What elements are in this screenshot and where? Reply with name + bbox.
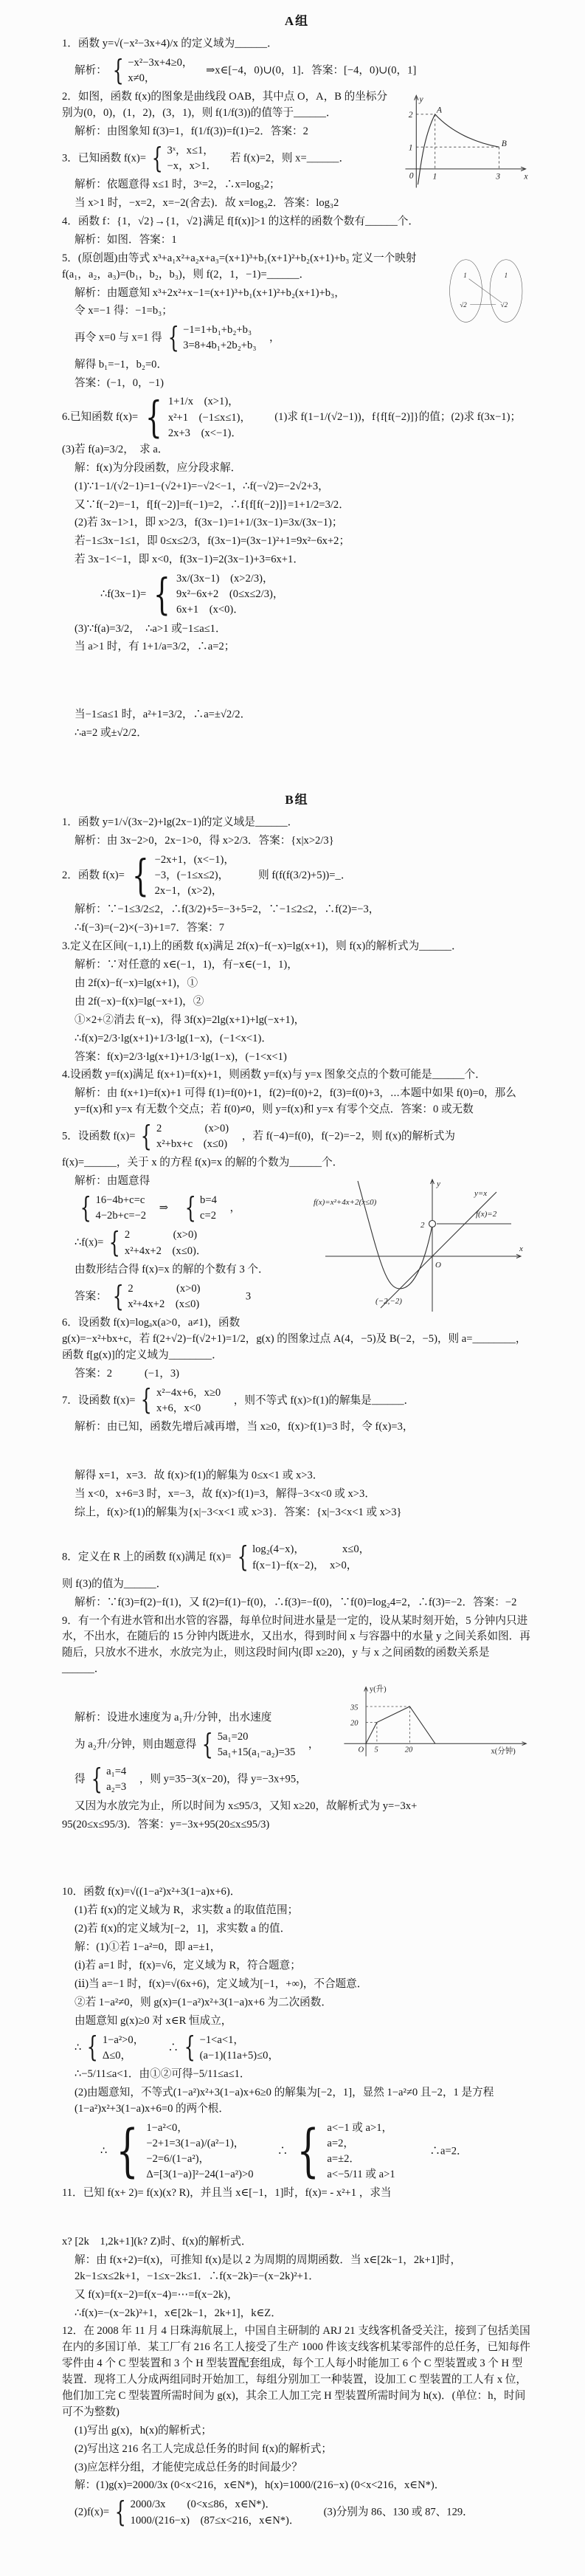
text-line: 解析：∵对任意的 x∈(−1，1)，有−x∈(−1，1)， bbox=[75, 957, 532, 974]
text-segment: ∴f(−3)=(−2)×(−3)+1=7．答案：7 bbox=[75, 922, 224, 934]
tick-x20: 20 bbox=[405, 1746, 413, 1754]
text-segment: 4．函数 f：{1，√2}→{1，√2}满足 f[f(x)]>1 的这样的函数个… bbox=[62, 216, 419, 227]
case-item: 5a₁+15(a₁−a₂)=35 bbox=[218, 1745, 296, 1760]
line-yx-label: y=x bbox=[474, 1189, 487, 1198]
text-line: 解：f(x)为分段函数，应分段求解． bbox=[75, 461, 532, 477]
text-line: 10．函数 f(x)=√((1−a²)x²+3(1−a)x+6)． bbox=[62, 1884, 532, 1901]
text-segment: ∴ bbox=[75, 2042, 81, 2053]
text-segment: ∴ bbox=[146, 2042, 179, 2053]
text-line: 6.已知函数 f(x)={1+1/x (x>1)，x²+1 (−1≤x≤1)，2… bbox=[62, 393, 532, 458]
case-item: 1−a²<0， bbox=[146, 2121, 253, 2136]
case-item: −1<a<1， bbox=[200, 2033, 279, 2048]
text-line: ∴f(3x−1)={3x/(3x−1) (x>2/3)，9x²−6x+2 (0≤… bbox=[100, 571, 532, 619]
piecewise-cases: {−2x+1，(x<−1)，−3，(−1≤x≤2)，2x−1，(x>2)， bbox=[127, 853, 235, 899]
text-segment: 解：f(x)为分段函数，应分段求解． bbox=[75, 462, 241, 474]
text-line: 解：由 f(x+2)=f(x)，可推知 f(x)是以 2 为周期的周期函数．当 … bbox=[75, 2253, 532, 2285]
text-line: 得{a₁=4a₂=3 ，则 y=35−3(x−20)，得 y=−3x+95， bbox=[75, 1763, 532, 1796]
cases-brace-icon: { bbox=[87, 2033, 98, 2062]
text-line: (3)∵f(a)=3/2， ∴a>1 或−1≤a≤1． bbox=[75, 621, 532, 638]
piecewise-cases: {−x²−3x+4≥0，x≠0， bbox=[109, 55, 193, 86]
case-item: −x，x>1． bbox=[167, 159, 218, 174]
figure-mapping-diagram: 1 √2 1 √2 bbox=[442, 252, 532, 331]
text-segment: (1)∵1−1/(√2−1)=1−(√2+1)=−√2<−1，∴f(−√2)=−… bbox=[75, 481, 329, 492]
text-segment: 1．函数 y=1/√(3x−2)+lg(2x−1)的定义域是______． bbox=[62, 816, 298, 828]
mapping-diagram: 1 √2 1 √2 bbox=[442, 252, 532, 331]
text-segment: 由 2f(x)−f(−x)=lg(x+1)，① bbox=[75, 977, 198, 989]
text-segment: f(x)=______，关于 x 的方程 f(x)=x 的解的个数为______… bbox=[62, 1157, 343, 1168]
text-segment: 6.已知函数 f(x)= bbox=[62, 411, 138, 423]
piecewise-cases: {2 (x>0)x²+4x+2 (x≤0) bbox=[109, 1281, 201, 1312]
case-item: 1−a²>0， bbox=[103, 2033, 145, 2048]
text-segment: 解析：依题意得 x≤1 时，3ˣ=2，∴x=log₃2； bbox=[75, 179, 280, 190]
text-segment: 又因为水放完为止，所以时间为 x≤95/3，又知 x≥20，故解析式为 y=−3… bbox=[75, 1800, 417, 1812]
text-segment: 令 x=−1 得：−1=b₃； bbox=[75, 305, 173, 317]
text-line: 又因为水放完为止，所以时间为 x≤95/3，又知 x≥20，故解析式为 y=−3… bbox=[75, 1799, 532, 1815]
piecewise-cases: {a₁=4a₂=3 bbox=[88, 1764, 127, 1795]
text-line: ∴{1−a²>0，Δ≤0， ∴{−1<a<1，(a−1)(11a+5)≤0， bbox=[75, 2032, 532, 2064]
figure-water-volume-graph: y(升) 35 20 O 5 20 x(分钟) bbox=[334, 1681, 532, 1760]
case-item: 1000/(216−x) (87≤x<216，x∈N*)． bbox=[131, 2513, 300, 2529]
cases-items: 1−a²>0，Δ≤0， bbox=[103, 2033, 145, 2064]
text-segment: ∴f(x)= bbox=[75, 1237, 103, 1249]
text-segment: 综上，f(x)>f(1)的解集为{x|−3<x<1 或 x>3}．答案：{x|−… bbox=[75, 1506, 402, 1518]
text-line: 4.设函数 y=f(x)满足 f(x+1)=f(x)+1，则函数 y=f(x)与… bbox=[62, 1067, 532, 1084]
text-segment: 3．已知函数 f(x)= bbox=[62, 152, 146, 164]
tick-35: 35 bbox=[350, 1704, 359, 1712]
text-line: 解析：由已知，函数先增后减再增，当 x≥0，f(x)>f(1)=3 时，令 f(… bbox=[75, 1419, 532, 1436]
text-segment: 解析：∵f(3)=f(2)−f(1)，又 f(2)=f(1)−f(0)，∴f(3… bbox=[75, 1597, 516, 1608]
text-line: 7．设函数 f(x)={x²−4x+6，x≥0x+6，x<0 ，则不等式 f(x… bbox=[62, 1385, 532, 1417]
text-segment: 11．已知 f(x+ 2)= f(x)(x? R)，并且当 x∈[−1，1]时，… bbox=[62, 2187, 392, 2199]
text-line: 若−1≤3x−1≤1，即 0≤x≤2/3，f(3x−1)=(3x−1)²+1=9… bbox=[75, 534, 532, 550]
text-segment: 则 f(3)的值为______． bbox=[62, 1578, 167, 1590]
section-title: A组 bbox=[62, 10, 532, 29]
text-segment: 95(20≤x≤95/3)．答案：y=−3x+95(20≤x≤95/3) bbox=[62, 1819, 269, 1831]
text-line: 当 a>1 时，有 1+1/a=3/2，∴a=2； bbox=[75, 639, 532, 655]
text-line: ∴a=2 或±√2/2． bbox=[75, 726, 532, 742]
text-line: 又 f(x)=f(x−2)=f(x−4)=⋯=f(x−2k)， bbox=[75, 2287, 532, 2304]
piecewise-cases: {x²−4x+6，x≥0x+6，x<0 bbox=[137, 1385, 221, 1416]
cases-items: 3ˣ，x≤1，−x，x>1． bbox=[167, 143, 218, 174]
text-segment: (2)由题意知，不等式(1−a²)x²+3(1−a)x+6≥0 的解集为[−2，… bbox=[75, 2087, 494, 2115]
text-segment: 6．设函数 f(x)=logₐx(a>0，a≠1)，函数 g(x)=−x²+bx… bbox=[62, 1317, 526, 1361]
text-segment: ∴f(x)=2/3·lg(x+1)+1/3·lg(1−x)，(−1<x<1)． bbox=[75, 1033, 272, 1044]
text-segment: 若−1≤3x−1≤1，即 0≤x≤2/3，f(3x−1)=(3x−1)²+1=9… bbox=[75, 535, 350, 547]
text-line: ①×2+②消去 f(−x)，得 3f(x)=2lg(x+1)+lg(−x+1)， bbox=[75, 1013, 532, 1029]
x-axis-label: x(分钟) bbox=[491, 1746, 516, 1756]
tick-2: 2 bbox=[420, 1221, 425, 1230]
text-line: 由题意知 g(x)≥0 对 x∈R 恒成立， bbox=[75, 2014, 532, 2030]
text-line: 当 x>1 时，−x=2，x=−2(舍去)．故 x=log₃2．答案：log₃2 bbox=[75, 196, 532, 212]
text-segment: 解析：由题意知 x³+2x²+x−1=(x+1)³+b₁(x+1)²+b₂(x+… bbox=[75, 287, 345, 299]
case-item: (a−1)(11a+5)≤0， bbox=[200, 2048, 279, 2064]
piecewise-cases: {16−4b+c=c4−2b+c=−2 bbox=[77, 1193, 146, 1224]
text-segment: 答案：(−1，0，−1) bbox=[75, 377, 164, 389]
text-line: 1．函数 y=1/√(3x−2)+lg(2x−1)的定义域是______． bbox=[62, 815, 532, 831]
text-line: 若 3x−1<−1，即 x<0，f(3x−1)=2(3x−1)+3=6x+1． bbox=[75, 552, 532, 568]
point-a-label: A bbox=[436, 106, 443, 115]
text-segment: ②若 1−a²≠0，则 g(x)=(1−a²)x²+3(1−a)x+6 为二次函… bbox=[75, 1997, 332, 2008]
cases-brace-icon: { bbox=[184, 1194, 195, 1223]
piecewise-cases: {1−a²>0，Δ≤0， bbox=[83, 2033, 144, 2064]
tick-x3: 3 bbox=[495, 172, 500, 182]
text-segment: ， bbox=[219, 1202, 240, 1214]
case-item: 2000/3x (0<x≤86，x∈N*)． bbox=[131, 2497, 300, 2513]
case-item: 2 (x>0) bbox=[125, 1227, 207, 1243]
parabola-eq-label: f(x)=x²+4x+2(x≤0) bbox=[314, 1198, 377, 1207]
text-segment: ∴f(x)=−(x−2k)²+1，x∈[2k−1，2k+1]，k∈Z． bbox=[75, 2307, 282, 2319]
text-segment: ∴ bbox=[256, 2145, 288, 2157]
text-segment: 解析：由图象知 f(3)=1，f(1/f(3))=f(1)=2．答案：2 bbox=[75, 125, 308, 137]
text-segment: 又∵f(−2)=−1，f[f(−2)]=f(−1)=2，∴f{f[f(−2)]}… bbox=[75, 499, 350, 511]
piecewise-cases: {3x/(3x−1) (x>2/3)，9x²−6x+2 (0≤x≤2/3)，6x… bbox=[148, 571, 283, 618]
text-line: ∴f(−3)=(−2)×(−3)+1=7．答案：7 bbox=[75, 920, 532, 937]
cases-items: −1=1+b₁+b₂+b₃3=8+4b₁+2b₂+b₃ bbox=[183, 323, 256, 354]
text-segment: ∴f(3x−1)= bbox=[100, 588, 146, 600]
text-line: 当−1≤a≤1 时，a²+1=3/2，∴a=±√2/2． bbox=[75, 707, 532, 723]
text-segment: 解得 b₁=−1，b₂=0． bbox=[75, 359, 167, 371]
cases-brace-icon: { bbox=[80, 1194, 91, 1223]
case-item: b=4 bbox=[200, 1193, 217, 1208]
text-segment: 解析：∵−1≤3/2≤2，∴f(3/2)+5=−3+5=2，∵−1≤2≤2，∴f… bbox=[75, 903, 379, 915]
text-segment: 1．函数 y=√(−x²−3x+4)/x 的定义域为______． bbox=[62, 38, 278, 49]
case-item: 2 (x>0) bbox=[128, 1281, 200, 1297]
cases-brace-icon: { bbox=[145, 396, 162, 439]
cases-brace-icon: { bbox=[112, 1283, 123, 1312]
text-line: (2)若 f(x)的定义域为[−2，1]，求实数 a 的值． bbox=[75, 1921, 532, 1938]
case-item: 3ˣ，x≤1， bbox=[167, 143, 218, 159]
document-body: A组1．函数 y=√(−x²−3x+4)/x 的定义域为______．解析：{−… bbox=[62, 10, 532, 2529]
text-line: 解析：∵−1≤3/2≤2，∴f(3/2)+5=−3+5=2，∵−1≤2≤2，∴f… bbox=[75, 902, 532, 918]
cases-items: 3x/(3x−1) (x>2/3)，9x²−6x+2 (0≤x≤2/3)，6x+… bbox=[176, 571, 284, 618]
cases-items: 2 (x>0)x²+4x+2 (x≤0) bbox=[128, 1281, 200, 1312]
text-segment: ∴−5/11≤a<1．由①②可得−5/11≤a≤1． bbox=[75, 2068, 251, 2080]
text-line: 9．有一个有进水管和出水管的容器，每单位时间进水量是一定的，设从某时刻开始，5 … bbox=[62, 1614, 532, 1678]
text-segment: 由 2f(−x)−f(x)=lg(−x+1)，② bbox=[75, 996, 204, 1008]
case-item: 16−4b+c=c bbox=[96, 1193, 147, 1208]
text-segment: 又 f(x)=f(x−2)=f(x−4)=⋯=f(x−2k)， bbox=[75, 2289, 238, 2301]
text-line: 答案：f(x)=2/3·lg(x+1)+1/3·lg(1−x)，(−1<x<1) bbox=[75, 1050, 532, 1066]
text-line: ∴f(x)=2/3·lg(x+1)+1/3·lg(1−x)，(−1<x<1)． bbox=[75, 1031, 532, 1047]
text-segment: 为 a₂升/分钟，则由题意得 bbox=[75, 1738, 196, 1750]
case-item: a=±2． bbox=[327, 2152, 395, 2167]
text-segment: 2．函数 f(x)= bbox=[62, 869, 125, 881]
case-item: a<−1 或 a>1， bbox=[327, 2121, 395, 2136]
figure-curve-oab: y 2 1 A B 0 1 3 x bbox=[399, 91, 532, 193]
text-segment: 当 x>1 时，−x=2，x=−2(舍去)．故 x=log₃2．答案：log₃2 bbox=[75, 197, 339, 209]
text-segment: 解析：∵对任意的 x∈(−1，1)，有−x∈(−1，1)， bbox=[75, 959, 298, 971]
tick-2: 2 bbox=[409, 110, 413, 120]
cases-brace-icon: { bbox=[115, 2498, 126, 2527]
case-item: 9x²−6x+2 (0≤x≤2/3)， bbox=[176, 587, 284, 602]
text-segment: 解析：由 3x−2>0，2x−1>0，得 x>2/3．答案：{x|x>2/3} bbox=[75, 835, 334, 847]
case-item: 3x/(3x−1) (x>2/3)， bbox=[176, 571, 284, 587]
cases-brace-icon: { bbox=[91, 1766, 102, 1794]
cases-brace-icon: { bbox=[202, 1731, 213, 1760]
text-segment: 解析：由 f(x+1)=f(x)+1 可得 f(1)=f(0)+1，f(2)=f… bbox=[75, 1087, 519, 1115]
cases-items: x²−4x+6，x≥0x+6，x<0 bbox=[156, 1385, 221, 1416]
case-item: x≠0， bbox=[128, 71, 193, 86]
text-line: 95(20≤x≤95/3)．答案：y=−3x+95(20≤x≤95/3) bbox=[62, 1817, 532, 1833]
cases-items: 2000/3x (0<x≤86，x∈N*)．1000/(216−x) (87≤x… bbox=[131, 2497, 300, 2528]
origin-label: O bbox=[359, 1746, 364, 1754]
text-segment: (1)写出 g(x)，h(x)的解析式； bbox=[75, 2425, 212, 2436]
text-line: x? [2k 1,2k+1](k? Z)时、f(x)的解析式． bbox=[62, 2234, 532, 2250]
figure-parabola-line: y x O 2 y=x f(x)=2 f(x)=x²+4x+2(x≤0) (−2… bbox=[311, 1175, 532, 1315]
text-segment: 再令 x=0 与 x=1 得 bbox=[75, 332, 162, 344]
case-item: −3，(−1≤x≤2)， bbox=[155, 868, 235, 884]
text-segment: 解得 x=1，x=3．故 f(x)>f(1)的解集为 0≤x<1 或 x>3． bbox=[75, 1470, 323, 1481]
text-segment: 8．定义在 R 上的函数 f(x)满足 f(x)= bbox=[62, 1552, 232, 1563]
text-segment: 5．(原创题)由等式 x³+a₁x²+a₂x+a₃=(x+1)³+b₁(x+1)… bbox=[62, 252, 419, 280]
text-line: 解析：由 f(x+1)=f(x)+1 可得 f(1)=f(0)+1，f(2)=f… bbox=[75, 1086, 532, 1118]
text-segment: 答案：f(x)=2/3·lg(x+1)+1/3·lg(1−x)，(−1<x<1) bbox=[75, 1051, 287, 1063]
text-line: 解析：如图．答案：1 bbox=[75, 233, 532, 249]
left-element-1: 1 bbox=[463, 272, 466, 279]
text-line: 解析：由 3x−2>0，2x−1>0，得 x>2/3．答案：{x|x>2/3} bbox=[75, 833, 532, 850]
cases-items: −2x+1，(x<−1)，−3，(−1≤x≤2)，2x−1，(x>2)， bbox=[155, 853, 235, 899]
cases-items: log₂(4−x)， x≤0，f(x−1)−f(x−2)， x>0， bbox=[252, 1542, 370, 1573]
piecewise-cases: {2000/3x (0<x≤86，x∈N*)．1000/(216−x) (87≤… bbox=[111, 2497, 300, 2528]
y-axis-label: y(升) bbox=[370, 1684, 387, 1693]
right-element-sqrt2: √2 bbox=[501, 301, 508, 309]
case-item: a₁=4 bbox=[106, 1764, 126, 1780]
text-line: ∴f(x)=−(x−2k)²+1，x∈[2k−1，2k+1]，k∈Z． bbox=[75, 2306, 532, 2322]
text-line: 3.定义在区间(−1,1)上的函数 f(x)满足 2f(x)−f(−x)=lg(… bbox=[62, 939, 532, 955]
axis-label-x: x bbox=[523, 172, 528, 182]
case-item: −2x+1，(x<−1)， bbox=[155, 853, 235, 868]
text-segment: 10．函数 f(x)=√((1−a²)x²+3(1−a)x+6)． bbox=[62, 1886, 240, 1898]
text-segment: 解析：设进水速度为 a₁升/分钟，出水速度 bbox=[75, 1712, 271, 1723]
point-b-label: B bbox=[502, 139, 507, 148]
case-item: 2 (x>0) bbox=[156, 1121, 229, 1137]
text-line: 则 f(3)的值为______． bbox=[62, 1577, 532, 1593]
text-segment: 3.定义在区间(−1,1)上的函数 f(x)满足 2f(x)−f(−x)=lg(… bbox=[62, 940, 463, 952]
piecewise-cases: {2 (x>0)x²+4x+2 (x≤0)． bbox=[105, 1227, 207, 1258]
text-segment: 解析：由已知，函数先增后减再增，当 x≥0，f(x)>f(1)=3 时，令 f(… bbox=[75, 1421, 414, 1433]
text-segment: (3)应怎样分组，才能使完成总任务的时间最少？ bbox=[75, 2462, 302, 2473]
text-segment: 9．有一个有进水管和出水管的容器，每单位时间进水量是一定的，设从某时刻开始，5 … bbox=[62, 1615, 530, 1676]
text-line: 11．已知 f(x+ 2)= f(x)(x? R)，并且当 x∈[−1，1]时，… bbox=[62, 2186, 532, 2202]
tick-20: 20 bbox=[350, 1719, 359, 1727]
text-segment: 2．如图，函数 f(x)的图象是曲线段 OAB，其中点 O，A，B 的坐标分别为… bbox=[62, 91, 387, 119]
cases-brace-icon: { bbox=[132, 855, 149, 898]
case-item: 1+1/x (x>1)， bbox=[168, 394, 251, 410]
section-title: B组 bbox=[62, 789, 532, 807]
water-volume-graph: y(升) 35 20 O 5 20 x(分钟) bbox=[334, 1681, 532, 1760]
text-segment: (2)写出这 216 名工人完成总任务的时间 f(x)的解析式； bbox=[75, 2443, 332, 2455]
text-segment: 5．设函数 f(x)= bbox=[62, 1131, 135, 1143]
cases-brace-icon: { bbox=[117, 2123, 139, 2180]
cases-items: a₁=4a₂=3 bbox=[106, 1764, 126, 1795]
case-item: 2x−1，(x>2)， bbox=[155, 884, 235, 899]
case-item: x²+4x+2 (x≤0)． bbox=[125, 1244, 207, 1259]
cases-items: 1+1/x (x>1)，x²+1 (−1≤x≤1)，2x+3 (x<−1)． bbox=[168, 394, 251, 441]
cases-items: 2 (x>0)x²+bx+c (x≤0) bbox=[156, 1121, 229, 1152]
parabola-line-graph: y x O 2 y=x f(x)=2 f(x)=x²+4x+2(x≤0) (−2… bbox=[311, 1175, 532, 1315]
text-line: (3)应怎样分组，才能使完成总任务的时间最少？ bbox=[75, 2460, 532, 2476]
text-segment: x? [2k 1,2k+1](k? Z)时、f(x)的解析式． bbox=[62, 2236, 252, 2248]
text-line: 解析：∵f(3)=f(2)−f(1)，又 f(2)=f(1)−f(0)，∴f(3… bbox=[75, 1595, 532, 1611]
case-item: f(x−1)−f(x−2)， x>0， bbox=[252, 1558, 370, 1574]
text-line: (1)若 f(x)的定义域为 R，求实数 a 的取值范围； bbox=[75, 1903, 532, 1919]
text-segment: (2)若 f(x)的定义域为[−2，1]，求实数 a 的值． bbox=[75, 1923, 291, 1935]
piecewise-cases: {1−a²<0，−2+1=3(1−a)/(a²−1)，−2=6/(1−a²)，Δ… bbox=[109, 2121, 253, 2183]
text-segment: ①×2+②消去 f(−x)，得 3f(x)=2lg(x+1)+lg(−x+1)， bbox=[75, 1014, 305, 1026]
text-segment: 12．在 2008 年 11 月 4 日珠海航展上，中国自主研制的 ARJ 21… bbox=[62, 2325, 530, 2417]
piecewise-cases: {2 (x>0)x²+bx+c (x≤0) bbox=[137, 1121, 229, 1152]
piecewise-cases: {b=4c=2 bbox=[181, 1193, 217, 1224]
text-line: f(x)=______，关于 x 的方程 f(x)=x 的解的个数为______… bbox=[62, 1155, 532, 1171]
piecewise-cases: {1+1/x (x>1)，x²+1 (−1≤x≤1)，2x+3 (x<−1)． bbox=[140, 394, 251, 441]
case-item: x²+1 (−1≤x≤1)， bbox=[168, 410, 251, 426]
tick-x5: 5 bbox=[375, 1746, 378, 1754]
text-segment: (ⅰ)若 a=1 时，f(x)=√6，定义域为 R，符合题意； bbox=[75, 1960, 301, 1971]
right-element-1: 1 bbox=[505, 272, 508, 279]
tick-x1: 1 bbox=[433, 172, 437, 182]
case-item: x²−4x+6，x≥0 bbox=[156, 1385, 221, 1401]
text-segment: (1)若 f(x)的定义域为 R，求实数 a 的取值范围； bbox=[75, 1904, 298, 1916]
text-segment: ，则 y=35−3(x−20)，得 y=−3x+95， bbox=[128, 1774, 307, 1785]
cases-items: 2 (x>0)x²+4x+2 (x≤0)． bbox=[125, 1227, 207, 1258]
text-line: 由 2f(x)−f(−x)=lg(x+1)，① bbox=[75, 976, 532, 992]
case-item: x²+4x+2 (x≤0) bbox=[128, 1297, 200, 1312]
text-line: 8．定义在 R 上的函数 f(x)满足 f(x)={log₂(4−x)， x≤0… bbox=[62, 1541, 532, 1574]
origin-label: O bbox=[435, 1261, 441, 1270]
text-segment: 解：(1)①若 1−a²=0，即 a=±1， bbox=[75, 1941, 221, 1953]
text-segment: ，则不等式 f(x)>f(1)的解集是______． bbox=[223, 1394, 415, 1406]
case-item: 3=8+4b₁+2b₂+b₃ bbox=[183, 338, 256, 354]
text-line: 解得 x=1，x=3．故 f(x)>f(1)的解集为 0≤x<1 或 x>3． bbox=[75, 1468, 532, 1484]
text-line: (2)f(x)={2000/3x (0<x≤86，x∈N*)．1000/(216… bbox=[75, 2496, 532, 2529]
cases-brace-icon: { bbox=[109, 1229, 120, 1258]
case-item: −2+1=3(1−a)/(a²−1)， bbox=[146, 2136, 253, 2152]
text-line: 4．函数 f：{1，√2}→{1，√2}满足 f[f(x)]>1 的这样的函数个… bbox=[62, 214, 532, 230]
text-segment: 解：(1)g(x)=2000/3x (0<x<216，x∈N*)，h(x)=10… bbox=[75, 2479, 445, 2491]
text-segment: 当 a>1 时，有 1+1/a=3/2，∴a=2； bbox=[75, 641, 235, 652]
text-segment: ⇒x∈[−4，0)∪(0，1]．答案：[−4，0)∪(0，1] bbox=[195, 64, 416, 76]
text-segment: 若 f(x)=2，则 x=______． bbox=[219, 152, 350, 164]
text-line: (2)写出这 216 名工人完成总任务的时间 f(x)的解析式； bbox=[75, 2442, 532, 2458]
text-line: 解得 b₁=−1，b₂=0． bbox=[75, 357, 532, 373]
case-item: x²+bx+c (x≤0) bbox=[156, 1137, 229, 1152]
text-segment: 答案：2 (−1，3) bbox=[75, 1368, 179, 1380]
case-item: a=2， bbox=[327, 2136, 395, 2152]
piecewise-cases: {log₂(4−x)， x≤0，f(x−1)−f(x−2)， x>0， bbox=[234, 1542, 370, 1573]
text-segment: 7．设函数 f(x)= bbox=[62, 1394, 135, 1406]
cases-items: a<−1 或 a>1，a=2，a=±2．a<−5/11 或 a>1 bbox=[327, 2121, 395, 2183]
text-segment: 若 3x−1<−1，即 x<0，f(3x−1)=2(3x−1)+3=6x+1． bbox=[75, 554, 304, 565]
cases-brace-icon: { bbox=[112, 57, 123, 86]
cases-brace-icon: { bbox=[297, 2123, 319, 2180]
text-line: ②若 1−a²≠0，则 g(x)=(1−a²)x²+3(1−a)x+6 为二次函… bbox=[75, 1995, 532, 2011]
cases-brace-icon: { bbox=[167, 324, 179, 353]
text-line: (1)∵1−1/(√2−1)=1−(√2+1)=−√2<−1，∴f(−√2)=−… bbox=[75, 479, 532, 495]
text-line: 由 2f(−x)−f(x)=lg(−x+1)，② bbox=[75, 994, 532, 1010]
cases-brace-icon: { bbox=[184, 2033, 195, 2062]
cases-items: −x²−3x+4≥0，x≠0， bbox=[128, 55, 193, 86]
case-item: x+6，x<0 bbox=[156, 1401, 221, 1416]
case-item: Δ=[3(1−a)]²−24(1−a²)>0 bbox=[146, 2167, 253, 2183]
case-item: 2x+3 (x<−1)． bbox=[168, 426, 251, 441]
case-item: −x²−3x+4≥0， bbox=[128, 55, 193, 71]
vertex-label: (−2,−2) bbox=[375, 1297, 402, 1306]
text-segment: 答案： bbox=[75, 1290, 107, 1302]
text-segment: (3)∵f(a)=3/2， ∴a>1 或−1≤a≤1． bbox=[75, 623, 226, 635]
text-line: 1．函数 y=√(−x²−3x+4)/x 的定义域为______． bbox=[62, 36, 532, 52]
text-line: 解：(1)①若 1−a²=0，即 a=±1， bbox=[75, 1940, 532, 1956]
text-segment: 当−1≤a≤1 时，a²+1=3/2，∴a=±√2/2． bbox=[75, 709, 251, 720]
text-segment: ⇒ bbox=[148, 1202, 179, 1214]
axis-label-y: y bbox=[436, 1179, 440, 1188]
text-segment: 解析：由题意得 bbox=[75, 1175, 150, 1187]
text-segment: 由数形结合得 f(x)=x 的解的个数有 3 个． bbox=[75, 1264, 269, 1275]
tick-1: 1 bbox=[409, 143, 413, 153]
case-item: c=2 bbox=[200, 1208, 217, 1224]
text-segment: ∴a=2 或±√2/2． bbox=[75, 727, 148, 739]
text-segment: ， bbox=[297, 1738, 319, 1750]
piecewise-cases: {a<−1 或 a>1，a=2，a=±2．a<−5/11 或 a>1 bbox=[290, 2121, 395, 2183]
text-line: ∴−5/11≤a<1．由①②可得−5/11≤a≤1． bbox=[75, 2067, 532, 2083]
cases-brace-icon: { bbox=[141, 1123, 152, 1151]
text-segment: ，若 f(−4)=f(0)，f(−2)=−2，则 f(x)的解析式为 bbox=[231, 1131, 455, 1143]
document-page: A组1．函数 y=√(−x²−3x+4)/x 的定义域为______．解析：{−… bbox=[0, 0, 585, 2576]
cases-brace-icon: { bbox=[152, 145, 163, 173]
text-segment: (2)若 3x−1>1，即 x>2/3，f(3x−1)=1+1/(3x−1)=3… bbox=[75, 517, 342, 528]
origin-label: 0 bbox=[409, 171, 414, 181]
text-segment: ， bbox=[258, 332, 280, 344]
text-line: 解析：{−x²−3x+4≥0，x≠0， ⇒x∈[−4，0)∪(0，1]．答案：[… bbox=[75, 55, 532, 87]
case-item: Δ≤0， bbox=[103, 2048, 145, 2064]
cases-brace-icon: { bbox=[153, 574, 170, 616]
text-segment: ∴a=2． bbox=[398, 2145, 468, 2157]
text-segment: 4.设函数 y=f(x)满足 f(x+1)=f(x)+1，则函数 y=f(x)与… bbox=[62, 1069, 486, 1081]
case-item: log₂(4−x)， x≤0， bbox=[252, 1542, 370, 1557]
axis-label-y: y bbox=[419, 94, 424, 104]
piecewise-cases: {5a₁=205a₁+15(a₁−a₂)=35 bbox=[198, 1729, 295, 1760]
line-f2-label: f(x)=2 bbox=[476, 1210, 497, 1219]
case-item: 6x+1 (x<0)． bbox=[176, 602, 284, 618]
text-line: 答案：(−1，0，−1) bbox=[75, 376, 532, 392]
left-element-sqrt2: √2 bbox=[460, 301, 467, 309]
text-line: 2．函数 f(x)={−2x+1，(x<−1)，−3，(−1≤x≤2)，2x−1… bbox=[62, 852, 532, 900]
case-item: 4−2b+c=−2 bbox=[96, 1208, 147, 1224]
cases-brace-icon: { bbox=[237, 1543, 248, 1572]
text-segment: 3 bbox=[203, 1290, 252, 1302]
text-line: (ⅱ)当 a=−1 时，f(x)=√(6x+6)，定义域为[−1，+∞)，不合题… bbox=[75, 1977, 532, 1993]
cases-items: 16−4b+c=c4−2b+c=−2 bbox=[96, 1193, 147, 1224]
text-segment: 当 x<0，x+6=3 时，x=−3，故 f(x)>f(1)=3，解得−3<x<… bbox=[75, 1488, 375, 1500]
text-line: (2)由题意知，不等式(1−a²)x²+3(1−a)x+6≥0 的解集为[−2，… bbox=[75, 2085, 532, 2118]
case-item: a<−5/11 或 a>1 bbox=[327, 2167, 395, 2183]
text-segment: 由题意知 g(x)≥0 对 x∈R 恒成立， bbox=[75, 2015, 232, 2027]
case-item: a₂=3 bbox=[106, 1780, 126, 1795]
text-segment: 解：由 f(x+2)=f(x)，可推知 f(x)是以 2 为周期的周期函数．当 … bbox=[75, 2254, 461, 2282]
text-line: 解：(1)g(x)=2000/3x (0<x<216，x∈N*)，h(x)=10… bbox=[75, 2478, 532, 2494]
piecewise-cases: {−1<a<1，(a−1)(11a+5)≤0， bbox=[181, 2033, 279, 2064]
text-line: 综上，f(x)>f(1)的解集为{x|−3<x<1 或 x>3}．答案：{x|−… bbox=[75, 1505, 532, 1521]
piecewise-cases: {−1=1+b₁+b₂+b₃3=8+4b₁+2b₂+b₃ bbox=[165, 323, 257, 354]
cases-items: −1<a<1，(a−1)(11a+5)≤0， bbox=[200, 2033, 279, 2064]
text-line: 当 x<0，x+6=3 时，x=−3，故 f(x)>f(1)=3，解得−3<x<… bbox=[75, 1487, 532, 1503]
text-segment: (ⅱ)当 a=−1 时，f(x)=√(6x+6)，定义域为[−1，+∞)，不合题… bbox=[75, 1978, 367, 1990]
case-item: −1=1+b₁+b₂+b₃ bbox=[183, 323, 256, 338]
case-item: −2=6/(1−a²)， bbox=[146, 2152, 253, 2167]
text-segment: (3)分别为 86、130 或 87、129． bbox=[302, 2507, 473, 2518]
text-line: (2)若 3x−1>1，即 x>2/3，f(3x−1)=1+1/(3x−1)=3… bbox=[75, 515, 532, 531]
text-line: ∴{1−a²<0，−2+1=3(1−a)/(a²−1)，−2=6/(1−a²)，… bbox=[100, 2120, 532, 2184]
piecewise-cases: {3ˣ，x≤1，−x，x>1． bbox=[148, 143, 217, 174]
